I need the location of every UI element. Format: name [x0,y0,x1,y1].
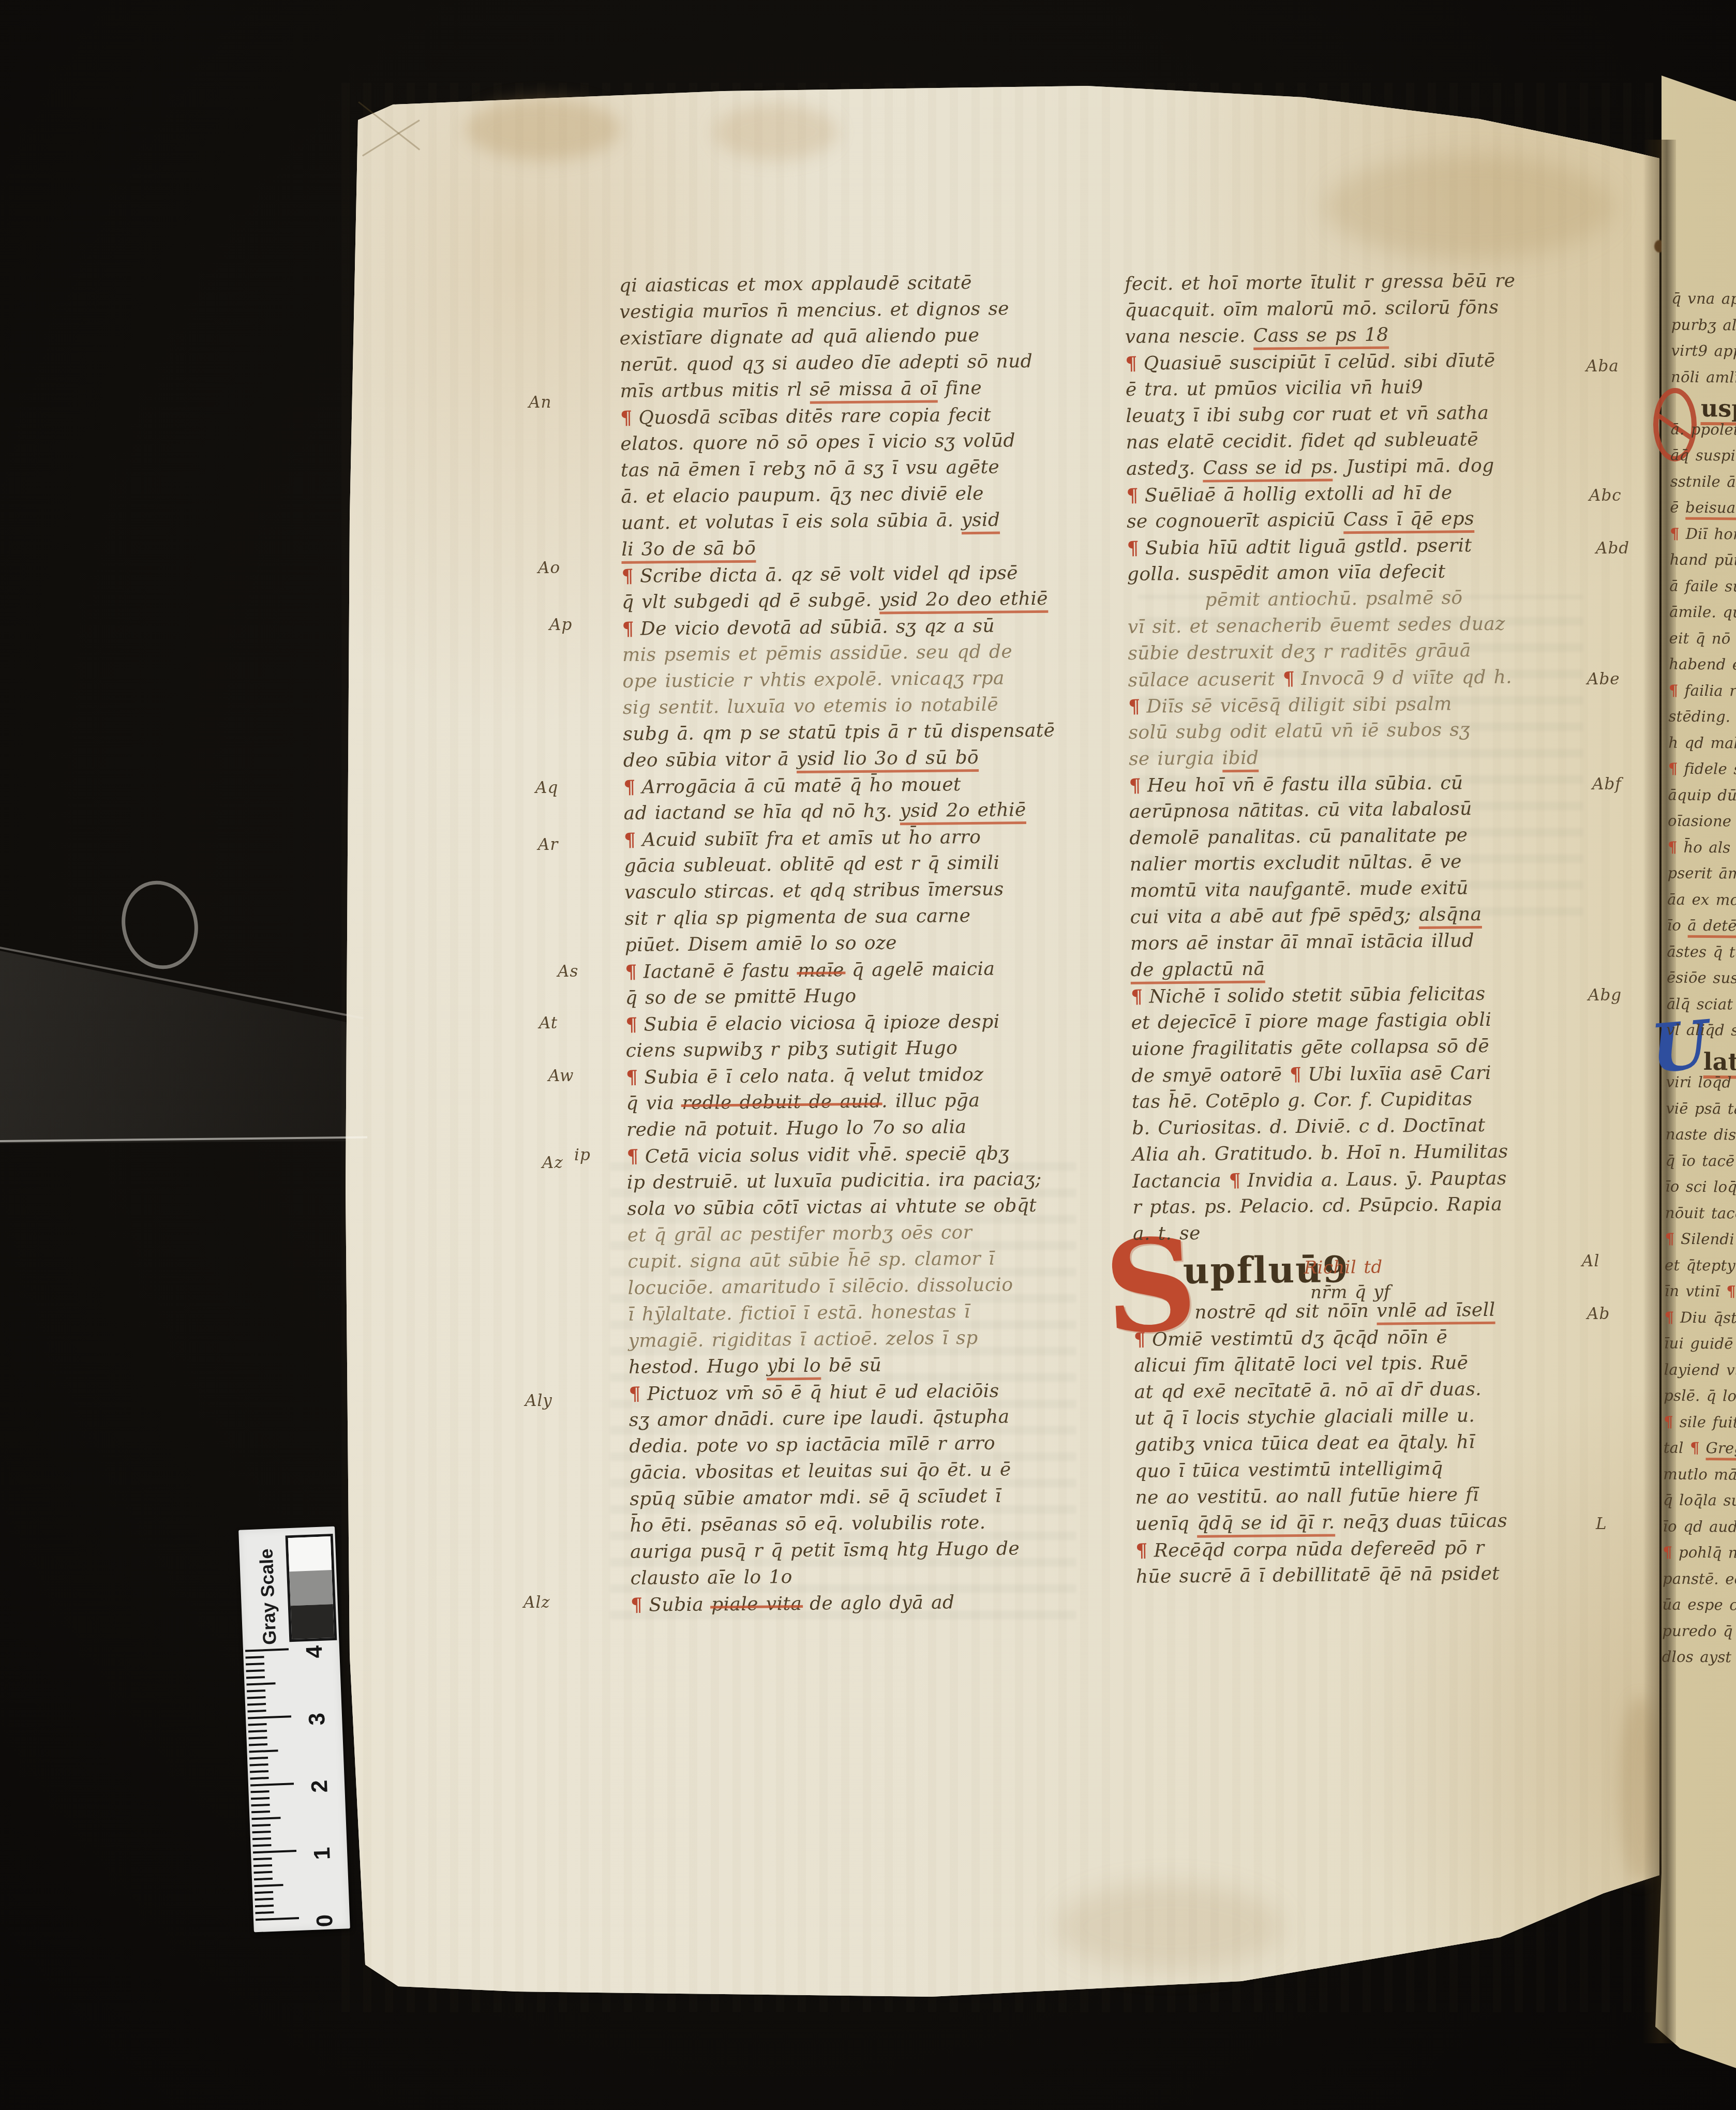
text-line: vl aliq̄d simile ē [1666,1021,1734,1047]
text-segment: r ptas. ps. Pelacio. cd. Psūpcio. Rapia [1132,1194,1502,1218]
text-line: uant. et volutas ī eis sola sūbia ā. ysi… [621,508,1082,539]
red-underlined-text: beisua sō [1685,499,1736,520]
text-line: ¶Cetā vicia solus vidit vh̄ē. speciē qbʒ [626,1142,1087,1172]
text-line: ¶Acuid subiīt fra et amīs ut h̄o arro [624,825,1084,856]
ruler-tick [248,1737,267,1739]
text-segment: tas h̄ē. Cotēplo g. Cor. f. Cupiditas [1132,1088,1473,1113]
text-segment: se cognouerīt aspiciū [1127,509,1343,532]
text-segment: quo ī tūica vestimtū intelligimq̄ [1135,1458,1443,1482]
text-line: ¶Scribe dicta ā. qz sē volt videl qd ips… [622,561,1082,592]
text-segment: dlos ayst [1662,1648,1736,1666]
text-line: naste dissimlia ē q̄ l [1666,1126,1734,1152]
text-segment: aerūpnosa nātitas. cū vita labalosū [1129,798,1472,822]
text-segment: b. Curiositas. d. Diviē. c d. Doctīnat [1132,1115,1486,1139]
text-line: nas elatē cecidit. fidet qd subleuatē [1126,428,1587,458]
text-segment: uione fragilitatis gēte collapsa sō dē [1131,1036,1490,1060]
text-segment: ē [1670,499,1685,516]
text-segment: fine [937,378,982,399]
ruler-tick [248,1715,291,1719]
text-line: spūq sūbie amator mdi. sē q̄ scīudet ī [630,1485,1090,1515]
text-segment: ē tra. ut pmūos vicilia vn̄ hui9 [1126,377,1424,400]
text-segment: Scribe dicta ā. qz sē volt videl qd ipsē [640,562,1018,587]
pilcrow-mark: ¶ [1664,1308,1674,1326]
margin-letter-right: Al [1582,1252,1599,1270]
text-line: ēsiōe suspēsa q̄ [1667,969,1735,995]
text-line: īo qd audī māult [1663,1517,1731,1544]
text-segment: de smyē oatorē [1131,1064,1290,1087]
text-line: existīare dignate ad quā aliendo pue [620,324,1080,354]
text-line: Iactancia ¶Invidia a. Laus. ȳ. Pauptas [1132,1166,1593,1197]
text-line: ¶h̄o als affectȳ [1668,838,1736,864]
text-line: eit q̄ nō ē ex d̄ [1669,629,1736,655]
text-line: momtū vita naufgantē. mude exitū [1130,876,1590,907]
text-line: habend ex deo [1669,655,1736,682]
text-segment: uant. et volutas ī eis sola sūbia ā. [621,510,962,534]
ruler-tick [254,1878,273,1880]
text-line: ē tra. ut pmūos vicilia vn̄ hui9 [1126,375,1586,406]
ruler-tick [249,1743,267,1746]
text-line: oīasione suspim̄ [1668,812,1736,839]
text-line: de smyē oatorē ¶Ubi luxīia asē Cari [1131,1061,1592,1091]
text-line: at qd exē necītatē ā. nō aī dr̄ duas. [1134,1378,1595,1408]
page-holder-clip [0,869,383,1159]
text-segment: Invocā 9 d viīte qd h. [1301,666,1512,690]
text-segment: Diī homo se ē [1686,525,1736,543]
red-underlined-text: ybi lo [767,1355,821,1381]
text-segment: q̄ vlt subgedi qd ē subgē. [622,590,879,613]
text-line: et q̄ grāl ac pestifer morbʒ oēs cor [627,1221,1088,1251]
text-segment: īo sci loq̄ mil psit. [1665,1178,1736,1196]
margin-letter-left: Aq [535,779,558,797]
text-column-left: qi aiasticas et mox applaudē scitatēvest… [619,271,1091,1621]
text-segment: tal [1664,1439,1690,1457]
pilcrow-mark: ¶ [622,618,634,640]
text-line: gācia. vbositas et leuitas sui q̄o ēt. u… [630,1458,1090,1489]
text-line: purbʒ alieq̄ ē [1671,316,1736,342]
text-line: sig sentit. luxuīa vo etemis io notabilē [623,693,1083,724]
text-line: tas nā ēmen ī rebʒ nō ā sʒ ī vsu agēte [621,456,1081,486]
text-segment: sstnile āq̄ susp [1670,472,1736,491]
text-line: ¶Omiē vestimtū dʒ q̄cq̄d nōīn ē [1134,1325,1594,1355]
text-segment: panstē. eoī acēze d̄ [1663,1569,1736,1588]
text-segment: et q̄ grāl ac pestifer morbʒ oēs cor [627,1222,972,1246]
text-line: ymagiē. rigiditas ī actioē. zelos ī sp [628,1326,1088,1357]
margin-letter-left: Ap [549,616,572,634]
text-segment: sūlace acuserit [1128,668,1283,691]
text-segment: īn vtinī [1665,1282,1727,1300]
text-line: demolē panalitas. cū panalitate pe [1129,824,1590,854]
text-line: hand pūt castō [1669,551,1736,577]
text-segment: momtū vita naufgantē. mude exitū [1130,877,1469,902]
ruler-tick [245,1648,289,1652]
text-line: piūet. Disem amiē lo so oze [625,931,1085,961]
text-segment: astedʒ. [1126,458,1203,480]
ruler-tick [246,1663,264,1665]
pilcrow-mark: ¶ [624,829,636,851]
text-segment: gatibʒ vnica tūica deat ea q̄taly. hī [1134,1431,1475,1456]
text-line: golla. suspēdit amon viīa defecit [1127,560,1588,590]
text-segment: Heu hoī vn̄ ē fastu illa sūbia. cū [1147,772,1463,796]
text-segment: fecit. et hoī morte ītulit r gressa bēū … [1125,270,1516,295]
red-underlined-text: Cass se id ps [1203,456,1333,482]
text-segment: Quosdā scības ditēs rare copia fecit [638,405,991,429]
text-segment: stēding. nē q̄ hoī [1668,708,1736,726]
text-segment: hand pūt castō [1670,551,1736,570]
pilcrow-mark: ¶ [1125,353,1138,375]
text-segment: hestod. Hugo [628,1356,767,1378]
text-segment: gācia subleuat. oblitē qd est r q̄ simil… [624,852,999,877]
margin-letter-right: Abe [1587,670,1620,689]
text-line: q̄ so de se pmittē Hugo [625,983,1086,1014]
text-segment: solū subg odit elatū vn̄ iē subos sʒ [1128,719,1470,743]
text-segment: h̄o ēti. psēanas sō eq̄. volubilis rote. [630,1512,986,1536]
red-struck-text: piale vita [711,1593,802,1615]
text-line: ¶sile fuit rad duces [1664,1413,1732,1439]
pilcrow-mark: ¶ [1726,1282,1736,1300]
text-line: āmile. quiīt ne [1669,603,1736,630]
text-line: latie [1666,1047,1734,1073]
text-line: hūe sucrē ā ī debillitatē q̄ē nā psidet [1136,1562,1596,1593]
ruler-tick [252,1831,271,1833]
margin-letter-right: Abg [1588,986,1622,1005]
ruler-tick [247,1689,265,1692]
text-segment: ut q̄ ī locis stychie glaciali mille u. [1134,1405,1475,1429]
text-segment: cupit. signa aūt sūbie h̄ē sp. clamor ī [627,1248,995,1273]
text-segment: clausto aīe lo 1o [630,1566,792,1589]
pilcrow-mark: ¶ [1663,1544,1672,1561]
parchment-stain [714,103,838,160]
text-line: tal ¶Gregoē ho 30 [1663,1439,1731,1465]
ruler-tick [255,1911,274,1914]
text-line: sūbie destruxit deʒ r raditēs grāuā [1128,639,1588,669]
text-segment: naste dissimlia ē q̄ l [1666,1126,1736,1144]
text-segment: auriga pusq̄ r q̄ petit īsmq htg Hugo de [630,1538,1020,1563]
text-segment: neq̄ʒ duas tūicas [1335,1510,1507,1533]
text-segment: pslē. q̄ loco vl tpe [1664,1387,1736,1405]
fore-edge-column: q̄ vna appellātpurbʒ alieq̄ ēvirt9 appel… [1662,290,1736,1674]
ruler-tick [253,1850,296,1853]
text-segment: ad iactand se hīa qd nō hʒ. [624,800,900,824]
text-line: ¶Suēliaē ā hollig extolli ad hī de [1126,481,1587,511]
text-line: mis psemis et pēmis assidūe. seu qd de [622,640,1083,671]
text-segment: subg ā. qm p se statū tpis ā r tū dispen… [623,720,1055,745]
pilcrow-mark: ¶ [1131,986,1143,1008]
text-segment: q̄ vna appellāt [1671,290,1736,308]
ruler-card: Gray Scale 4 3 2 1 0 [238,1527,350,1933]
text-line: īo ā detē. s. Arm̄ [1667,917,1735,943]
text-segment: āquip dū rīndū [1668,786,1736,804]
text-line: clausto aīe lo 1o [630,1564,1090,1594]
pilcrow-mark: ¶ [631,1594,643,1616]
text-segment: Subia hīū adtit liguā gstld. pserit [1145,535,1472,559]
text-line: cui vita a abē aut fpē spēdʒ; alsq̄na [1130,903,1591,933]
ruler-tick [250,1783,294,1786]
text-segment: deo sūbia vitor ā [623,749,797,771]
pilcrow-mark: ¶ [1127,537,1139,559]
text-segment: nerūt. quod qʒ si audeo dīe adepti sō nu… [620,351,1032,376]
text-line: nōuit tacē ¶Ambō e [1665,1204,1733,1230]
pilcrow-mark: ¶ [1690,1439,1700,1457]
text-line: ¶Arrogācia ā cū matē q̄ h̄o mouet [623,772,1084,803]
text-line: Alia ah. Gratitudo. b. Hoī n. Humilitas [1132,1140,1593,1171]
ruler-number: 1 [309,1837,336,1869]
gray-scale-patches [286,1534,337,1642]
text-line: li 3o de sā bō [621,535,1082,565]
text-segment: nōli amlīa. ar [1671,368,1736,386]
red-underlined-text: ysid lio 3o d sū bō [797,747,979,773]
text-line: ¶Diīs sē vicēsq̄ diligit sibi psalm [1128,692,1589,722]
ruler-ticks: 4 3 2 1 0 [245,1647,349,1929]
text-line: uione fragilitatis gēte collapsa sō dē [1131,1035,1592,1065]
text-segment: vasculo stircas. et qdq stribus īmersus [624,878,1004,903]
heading-subscript: nr̄m q̄ yf [1310,1282,1390,1303]
text-line: tas h̄ē. Cotēplo g. Cor. f. Cupiditas [1132,1087,1592,1118]
pilcrow-mark: ¶ [626,1067,638,1088]
text-segment: gācia. vbositas et leuitas sui q̄o ēt. u… [630,1459,1011,1483]
red-ink-note: Richil td [1304,1257,1383,1278]
holder-edge [0,1136,367,1142]
text-line: et dejecīcē ī piore mage fastigia obli [1131,1008,1591,1039]
margin-letter-left: Ar [538,835,558,854]
text-segment: uenīq [1135,1513,1197,1535]
margin-letter-left: Alz [523,1593,550,1612]
text-line: ¶Heu hoī vn̄ ē fastu illa sūbia. cū [1129,771,1589,801]
ruler-tick [246,1676,265,1679]
text-segment: et q̄tepty diīanē sū [1665,1256,1736,1275]
text-line: ā faile suspicat [1669,577,1736,603]
text-line: mors aē instar āī mnaī istācia illud [1130,929,1591,960]
pilcrow-mark: ¶ [626,1146,639,1168]
ruler-tick [248,1723,266,1726]
text-segment: Cetā vicia solus vidit vh̄ē. speciē qbʒ [645,1143,1010,1167]
text-column-right: fecit. et hoī morte ītulit r gressa bēū … [1125,270,1596,1593]
text-line: mutlo māis ē mātē [1663,1465,1731,1491]
red-struck-text: redle debuit de auid [682,1091,881,1114]
text-line: ut q̄ ī locis stychie glaciali mille u. [1134,1404,1595,1434]
margin-letter-right: Abf [1592,775,1622,794]
text-segment: āstes q̄ tastōm̄ q̄ [1667,942,1736,961]
text-line: ¶Recēq̄d corpa nūda defereēd pō r [1135,1536,1596,1566]
text-segment: āa ex molbʒ [1667,890,1736,908]
text-segment: Subia [649,1594,711,1615]
red-underlined-text: q̄dq̄ se id q̄ī r. [1197,1512,1335,1537]
text-line: deo sūbia vitor ā ysid lio 3o d sū bō [623,746,1084,776]
text-segment: ī hȳlaltate. fictioī ī estā. honestas ī [628,1301,970,1325]
text-segment: sʒ amor dnādi. cure ipe laudi. q̄stupha [629,1406,1010,1430]
text-segment: Invidia a. Laus. ȳ. Pauptas [1247,1168,1507,1191]
text-line: hestod. Hugo ybi lo bē sū [628,1353,1089,1383]
text-line: locuciōe. amaritudo ī silēcio. dissoluci… [628,1274,1088,1304]
pilcrow-mark: ¶ [1135,1540,1148,1562]
ruler-tick [250,1770,268,1773]
text-line: a. t. se [1133,1219,1593,1250]
text-line: sola vo sūbia cōtī victas ai vhtute se o… [627,1194,1087,1225]
text-line: īn vtinī ¶Ambrosi9 [1665,1282,1733,1309]
text-segment: viri loq̄d [1666,1073,1732,1091]
text-segment: purbʒ alieq̄ ē [1671,316,1736,334]
text-segment: āmile. quiīt ne [1669,603,1736,622]
text-line: q̄ loq̄la sup hdat [1663,1491,1731,1518]
text-line: ne ao vestitū. ao nall futūe hiere fī [1135,1483,1595,1514]
text-segment: Nichē ī solido stetit sūbia felicitas [1149,983,1486,1008]
text-segment: . Justipi mā. dog [1333,455,1494,478]
text-line: vana nescie. Cass se ps 18 [1125,322,1585,353]
text-line: ¶Pictuoz vm̄ sō ē q̄ hiut ē ud elaciōis [628,1379,1089,1410]
text-line: dedia. pote vo sp iactācia mīlē r arro [629,1432,1089,1462]
text-line: elatos. quore nō sō opes ī vicio sʒ volū… [620,429,1081,460]
text-line: de gplactū nā [1130,955,1591,986]
gray-scale-ruler: Gray Scale 4 3 2 1 0 [235,1523,354,1936]
text-segment: pēmit antiochū. psalmē sō [1205,587,1463,610]
ruler-tick [252,1837,271,1840]
text-line: puredo q̄ īntq̄ fueʒ [1662,1622,1730,1648]
text-segment: h qd mal agelt p [1668,734,1736,752]
text-segment: Omiē vestimtū dʒ q̄cq̄d nōīn ē [1152,1327,1448,1351]
ruler-tick [249,1757,268,1759]
ruler-tick [247,1710,266,1712]
text-segment: Arrogācia ā cū matē q̄ h̄o mouet [641,774,961,798]
red-underlined-text: Cass se ps 18 [1253,324,1389,350]
text-line: layiend vt loq̄tē mlt [1664,1360,1732,1387]
text-segment: Iactancia [1132,1170,1229,1192]
text-segment: Recēq̄d corpa nūda defereēd pō r [1154,1537,1485,1562]
text-segment: piūet. Disem amiē lo so oze [625,932,897,956]
ruler-tick [246,1669,264,1672]
text-line: q̄ via redle debuit de auid. illuc pḡa [626,1089,1086,1119]
text-segment: Suēliaē ā hollig extolli ad hī de [1145,482,1453,506]
text-line: ¶Diu q̄stela qd loq̄ [1664,1308,1732,1335]
text-segment: hūe sucrē ā ī debillitatē q̄ē nā psidet [1136,1563,1500,1588]
red-underlined-text: Gregoē ho 30 [1705,1439,1736,1461]
text-line: h qd mal agelt p [1668,734,1736,760]
text-line: nalier mortis excludit nūltas. ē ve [1130,850,1590,880]
pilcrow-mark: ¶ [1128,696,1141,717]
text-line: virt9 appellat aī [1671,342,1736,368]
text-segment: se iurgia [1129,747,1222,770]
text-segment: mors aē instar āī mnaī istācia illud [1130,930,1474,954]
text-segment: ālq̄ sciat nesciat [1667,995,1736,1013]
text-segment: dedia. pote vo sp iactācia mīlē r arro [629,1433,995,1457]
text-segment: Silendi pamā op [1681,1230,1736,1249]
margin-letter-left: An [529,393,551,412]
text-segment: Subia ē elacio viciosa q̄ ipioze despi [643,1011,999,1036]
text-segment: ope iusticie r vhtis expolē. vnicaqʒ rpa [622,667,1005,692]
text-segment: nalier mortis excludit nūltas. ē ve [1130,851,1462,875]
red-underlined-text: de gplactū nā [1130,959,1265,984]
text-line: mīs artbus mitis rl sē missa ā oī fine [620,377,1080,407]
holder-edge [0,947,364,1020]
ruler-number: 4 [301,1636,328,1668]
ruler-tick [246,1656,264,1658]
red-underlined-text: vnlē ad īsell [1376,1299,1495,1325]
pilcrow-mark: ¶ [1665,1230,1674,1248]
text-line: āstes q̄ tastōm̄ q̄ [1667,942,1735,969]
ruler-tick [249,1763,268,1766]
text-segment: vestigia murīos n̄ mencius. et dignos se [619,298,1009,323]
text-segment: nas elatē cecidit. fidet qd subleuatē [1126,429,1479,453]
text-line: ¶De vicio devotā ad sūbiā. sʒ qz a sū [622,614,1082,645]
text-line: ¶Subia piale vita de aglo dyā ad [631,1590,1091,1621]
text-line: āquip dū rīndū [1668,786,1736,812]
parchment-stain [466,98,621,160]
text-segment: sig sentit. luxuīa vo etemis io notabilē [623,694,999,719]
text-segment: ip destruiē. ut luxuīa pudicitia. ira pa… [627,1169,1042,1193]
text-line: ¶Subia hīū adtit liguā gstld. pserit [1127,533,1587,564]
text-segment: golla. suspēdit amon viīa defecit [1127,561,1446,585]
text-line: ē beisua sō cū [1670,499,1736,525]
text-line: q̄ vna appellāt [1671,290,1736,316]
text-segment: eit q̄ nō ē ex d̄ [1669,629,1736,648]
ruler-tick [249,1749,278,1753]
pilcrow-mark: ¶ [625,961,637,983]
text-line: ¶Nichē ī solido stetit sūbia felicitas [1131,982,1591,1012]
pilcrow-mark: ¶ [1668,760,1678,777]
text-segment: nōuit tacē [1665,1204,1736,1222]
text-line: aerūpnosa nātitas. cū vita labalosū [1129,797,1590,828]
text-line: fecit. et hoī morte ītulit r gressa bēū … [1125,270,1585,300]
text-segment: āq̄ suspin9 [1670,446,1736,465]
gray-scale-label: Gray Scale [255,1539,281,1654]
ruler-tick [247,1703,266,1705]
text-segment: redie nā potuit. Hugo lo 7o so alia [626,1116,966,1141]
text-line: vasculo stircas. et qdq stribus īmersus [624,878,1085,908]
margin-letter-right: Abd [1596,539,1629,558]
pilcrow-mark: ¶ [625,1014,638,1036]
text-segment: alicui fīm q̄litatē loci vel tpis. Ruē [1134,1352,1468,1376]
ruler-tick [252,1844,271,1847]
pilcrow-mark: ¶ [1283,668,1295,690]
text-line: se iurgia ibid [1129,744,1589,775]
text-line: ¶Quosdā scības ditēs rare copia fecit [620,403,1081,433]
text-segment: layiend vt loq̄tē mlt [1664,1360,1736,1379]
text-segment: sūbie destruxit deʒ r raditēs grāuā [1128,640,1471,664]
pilcrow-mark: ¶ [622,565,634,587]
pilcrow-mark: ¶ [1126,485,1139,506]
text-segment: existīare dignate ad quā aliendo pue [620,325,980,349]
text-line: ip destruiē. ut luxuīa pudicitia. ira pa… [627,1168,1087,1199]
ruler-tick [247,1696,265,1699]
text-line: h̄o ēti. psēanas sō eq̄. volubilis rote. [630,1511,1090,1542]
text-line: sstnile āq̄ susp [1670,472,1736,499]
text-line: ¶fidele si pūicā [1668,760,1736,786]
pilcrow-mark: ¶ [1664,1413,1673,1430]
pilcrow-mark: ¶ [1129,775,1141,797]
text-line: q̄uacquit. oīm malorū mō. scilorū fōns [1125,296,1585,326]
text-segment: De vicio devotā ad sūbiā. sʒ qz a sū [640,616,995,640]
pilcrow-mark: ¶ [1134,1329,1146,1351]
ruler-tick [253,1871,272,1874]
red-underlined-text: li 3o de sā bō [621,538,756,564]
text-segment: ā. ppoletas studī [1670,420,1736,439]
text-segment: habend ex deo [1669,655,1736,674]
text-segment: Subia ē ī celo nata. q̄ velut tmidoz [644,1064,983,1088]
text-line: dlos ayst Diqng ī [1662,1648,1730,1674]
text-line: viē psā tā [1666,1099,1734,1126]
text-line: se cognouerīt aspiciū Cass ī q̄ē eps [1127,507,1587,537]
holder-wedge [0,951,372,1143]
text-line: nōli amlīa. ar [1671,368,1736,394]
text-line: solū subg odit elatū vn̄ iē subos sʒ [1128,718,1589,749]
text-line: ¶Subia ē ī celo nata. q̄ velut tmidoz [626,1063,1086,1093]
holder-loop [112,873,207,977]
text-line: sʒ amor dnādi. cure ipe laudi. q̄stupha [629,1405,1089,1436]
text-segment: q̄ so de se pmittē Hugo [625,985,857,1009]
parchment-stain [1324,155,1614,259]
red-underlined-text: sē missa ā oī [810,378,937,404]
text-line: āq̄ suspin9 [1670,446,1736,473]
red-struck-text: maīe [798,960,844,981]
text-line: nerūt. quod qʒ si audeo dīe adepti sō nu… [620,350,1080,381]
